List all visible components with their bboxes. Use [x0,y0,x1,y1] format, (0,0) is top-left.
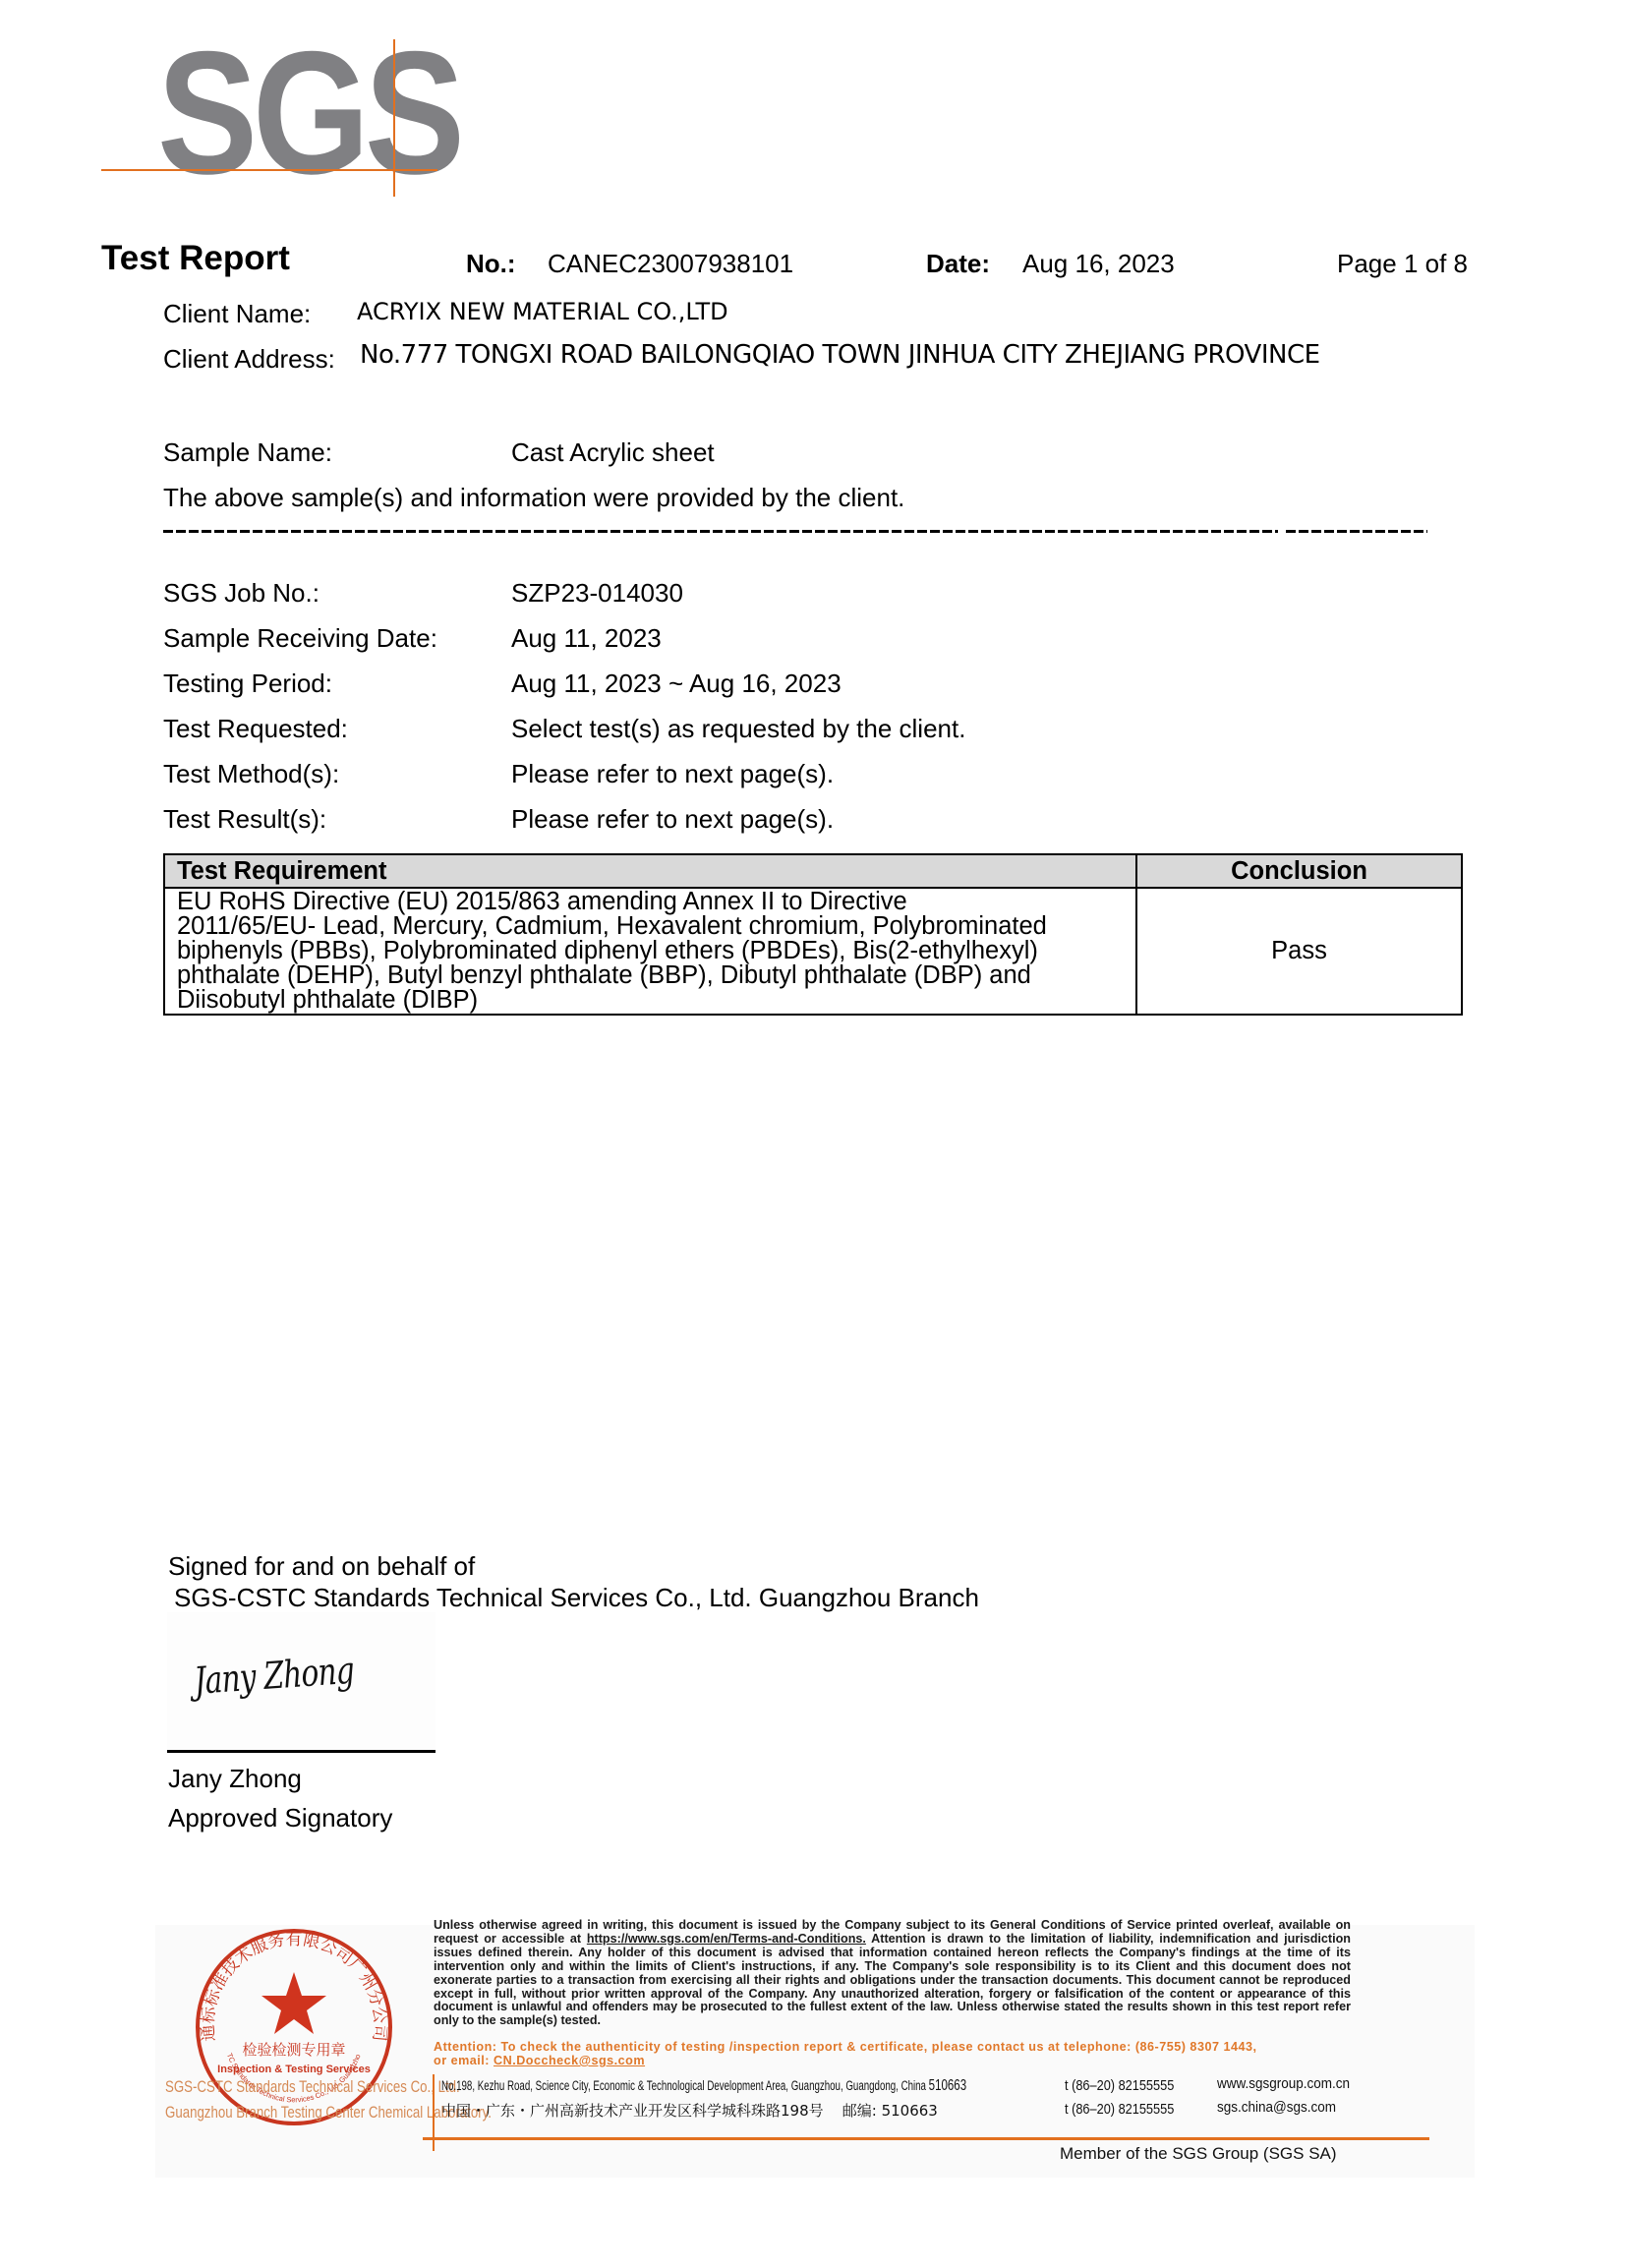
test-requirement-table: Test Requirement Conclusion EU RoHS Dire… [163,853,1463,1016]
detail-label: Test Method(s): [163,759,339,789]
report-date: Aug 16, 2023 [1022,249,1175,279]
detail-label: SGS Job No.: [163,578,319,609]
doccheck-email-link[interactable]: CN.Doccheck@sgs.com [494,2054,645,2067]
office-address-cn: 中国・广东・广州高新技术产业开发区科学城科珠路198号 邮编: 510663 [441,2100,938,2121]
dashed-separator-tail [1286,530,1427,533]
detail-value: Select test(s) as requested by the clien… [511,714,965,744]
address-text: No.198, Kezhu Road, Science City, Econom… [441,2078,926,2093]
requirement-cell: EU RoHS Directive (EU) 2015/863 amending… [164,888,1136,1015]
terms-link[interactable]: https://www.sgs.com/en/Terms-and-Conditi… [587,1932,866,1946]
postal-code-cn: 510663 [882,2102,938,2120]
report-number: CANEC23007938101 [548,249,793,279]
sample-name-label: Sample Name: [163,437,332,468]
footer-horizontal-rule [423,2137,1429,2140]
attention-text: Attention: To check the authenticity of … [434,2041,1367,2055]
requirement-line: 2011/65/EU- Lead, Mercury, Cadmium, Hexa… [177,914,1124,939]
table-header-row: Test Requirement Conclusion [164,854,1462,888]
signed-for-text: Signed for and on behalf of [168,1551,475,1582]
signature-line [167,1750,436,1753]
authenticity-notice: Attention: To check the authenticity of … [434,2041,1367,2068]
disclaimer-text: Attention is drawn to the limitation of … [434,1932,1351,2027]
logo-vertical-rule [393,39,395,197]
detail-value: Please refer to next page(s). [511,759,834,789]
detail-label: Testing Period: [163,669,332,699]
requirement-line: phthalate (DEHP), Butyl benzyl phthalate… [177,963,1124,988]
office-address-en: No.198, Kezhu Road, Science City, Econom… [441,2077,966,2095]
logo-horizontal-rule [101,169,437,171]
dashed-separator [163,530,1278,533]
detail-value: Aug 11, 2023 [511,623,662,654]
address-text-cn: 中国・广东・广州高新技术产业开发区科学城科珠路198号 [441,2102,824,2120]
official-stamp-icon: 通标标准技术服务有限公司广州分公司 检验检测专用章 Inspection & T… [194,1927,394,2127]
requirement-line: EU RoHS Directive (EU) 2015/863 amending… [177,890,1124,914]
detail-value: SZP23-014030 [511,578,683,609]
client-address: No.777 TONGXI ROAD BAILONGQIAO TOWN JINH… [360,340,1320,370]
sgs-logo-text: SGS [157,26,460,201]
detail-label: Test Result(s): [163,804,326,835]
svg-text:检验检测专用章: 检验检测专用章 [242,2041,345,2059]
sample-name: Cast Acrylic sheet [511,437,715,468]
report-date-label: Date: [926,249,990,279]
client-name: ACRYIX NEW MATERIAL CO.,LTD [357,298,728,325]
postal-code-label-cn: 邮编: [842,2102,877,2120]
report-number-label: No.: [466,249,516,279]
signatory-name: Jany Zhong [168,1764,302,1794]
detail-value: Please refer to next page(s). [511,804,834,835]
detail-label: Test Requested: [163,714,348,744]
client-name-label: Client Name: [163,299,311,329]
conclusion-cell: Pass [1136,888,1462,1015]
table-row: EU RoHS Directive (EU) 2015/863 amending… [164,888,1462,1015]
signatory-role: Approved Signatory [168,1803,392,1833]
telephone-2: t (86–20) 82155555 [1065,2101,1174,2118]
postal-code: 510663 [929,2077,966,2094]
page-indicator: Page 1 of 8 [1337,249,1468,279]
column-header-conclusion: Conclusion [1136,854,1462,888]
email-prefix: or email: [434,2054,494,2067]
detail-label: Sample Receiving Date: [163,623,437,654]
website-link[interactable]: www.sgsgroup.com.cn [1217,2075,1350,2092]
requirement-line: Diisobutyl phthalate (DIBP) [177,988,1124,1013]
contact-email-link[interactable]: sgs.china@sgs.com [1217,2099,1336,2116]
client-address-label: Client Address: [163,344,335,375]
sample-provided-note: The above sample(s) and information were… [163,483,904,513]
member-of-sgs-group: Member of the SGS Group (SGS SA) [1060,2144,1337,2164]
column-header-requirement: Test Requirement [164,854,1136,888]
detail-value: Aug 11, 2023 ~ Aug 16, 2023 [511,669,842,699]
report-title: Test Report [101,239,290,278]
telephone-1: t (86–20) 82155555 [1065,2077,1174,2094]
legal-disclaimer: Unless otherwise agreed in writing, this… [434,1919,1351,2028]
footer-company-line: SGS-CSTC Standards Technical Services Co… [165,2077,460,2097]
signing-company: SGS-CSTC Standards Technical Services Co… [174,1583,979,1613]
requirement-line: biphenyls (PBBs), Polybrominated dipheny… [177,939,1124,963]
